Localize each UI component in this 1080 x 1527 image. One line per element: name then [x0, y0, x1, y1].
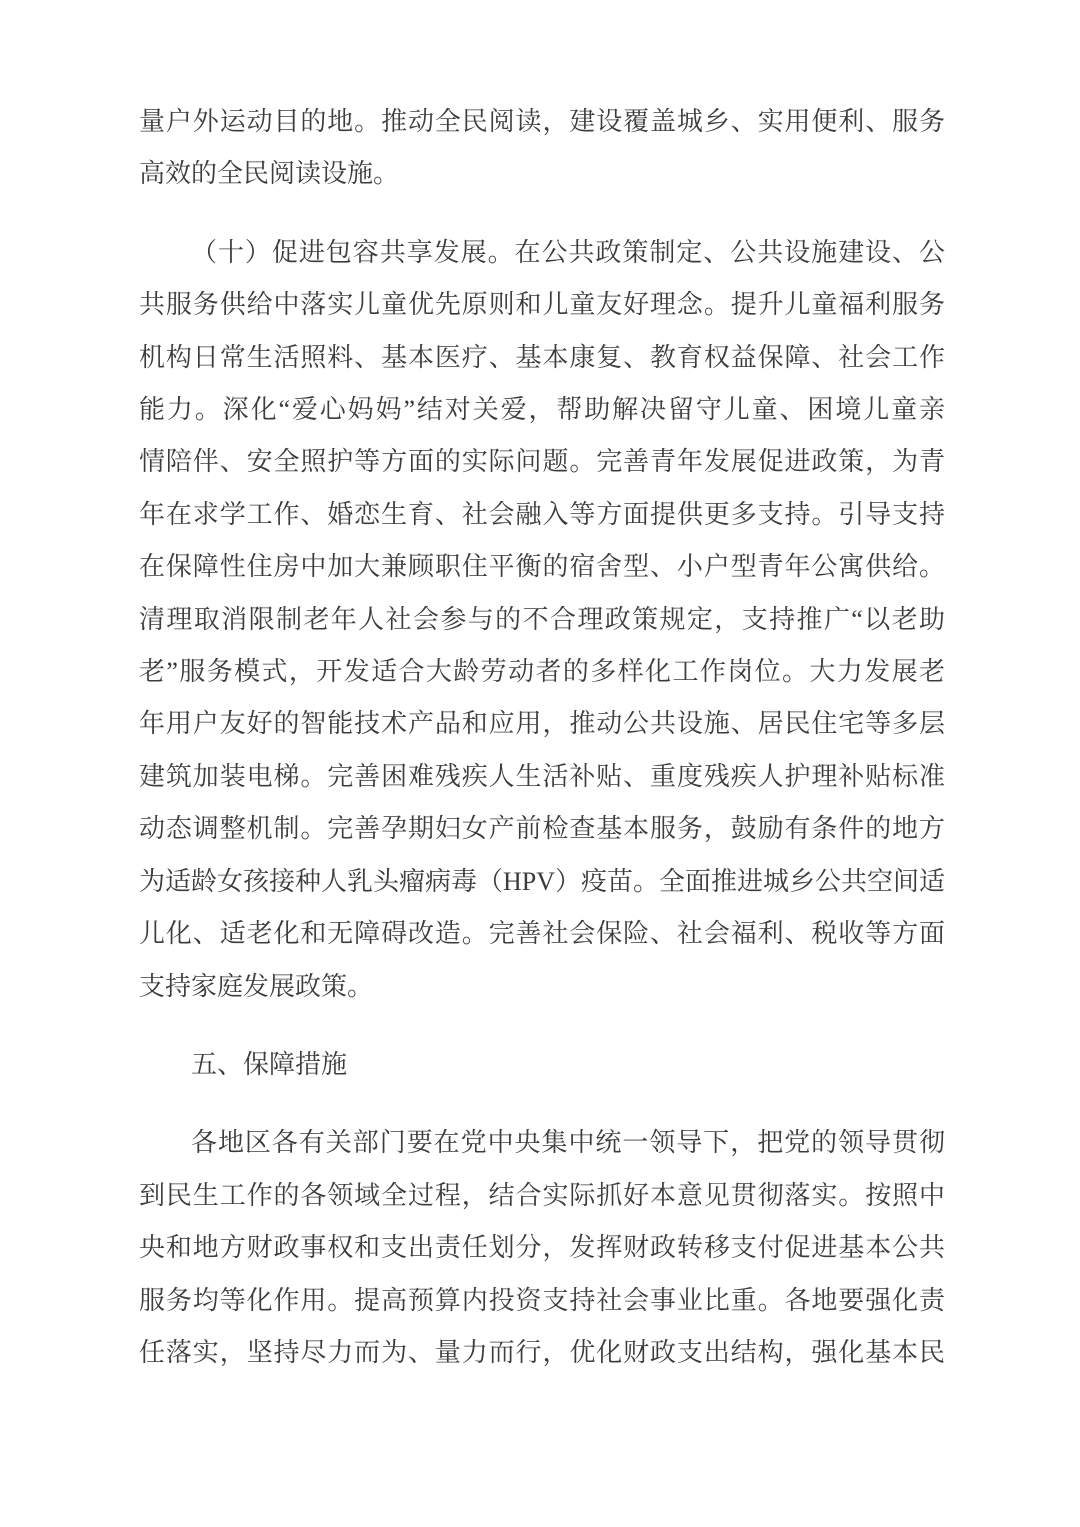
text-line: 动态调整机制。完善孕期妇女产前检查基本服务，鼓励有条件的地方 [139, 803, 945, 855]
text-line: 量户外运动目的地。推动全民阅读，建设覆盖城乡、实用便利、服务 [139, 96, 945, 148]
text-line: 支持家庭发展政策。 [139, 961, 945, 1013]
text-line: 共服务供给中落实儿童优先原则和儿童友好理念。提升儿童福利服务 [139, 279, 945, 331]
text-line: 为适龄女孩接种人乳头瘤病毒（HPV）疫苗。全面推进城乡公共空间适 [139, 856, 945, 908]
text-line: 到民生工作的各领域全过程，结合实际抓好本意见贯彻落实。按照中 [139, 1170, 945, 1222]
text-line: 服务均等化作用。提高预算内投资支持社会事业比重。各地要强化责 [139, 1275, 945, 1327]
text-line: 央和地方财政事权和支出责任划分，发挥财政转移支付促进基本公共 [139, 1222, 945, 1274]
section-heading: 五、保障措施 [139, 1039, 945, 1091]
text-line: 年用户友好的智能技术产品和应用，推动公共设施、居民住宅等多层 [139, 698, 945, 750]
text-line: 高效的全民阅读设施。 [139, 148, 945, 200]
text-line: 机构日常生活照料、基本医疗、基本康复、教育权益保障、社会工作 [139, 332, 945, 384]
paragraph: 各地区各有关部门要在党中央集中统一领导下，把党的领导贯彻到民生工作的各领域全过程… [139, 1117, 945, 1379]
text-line: 各地区各有关部门要在党中央集中统一领导下，把党的领导贯彻 [139, 1117, 945, 1169]
text-line: 在保障性住房中加大兼顾职住平衡的宿舍型、小户型青年公寓供给。 [139, 541, 945, 593]
heading-text-line: 五、保障措施 [139, 1039, 945, 1091]
text-line: （十）促进包容共享发展。在公共政策制定、公共设施建设、公 [139, 227, 945, 279]
text-line: 任落实，坚持尽力而为、量力而行，优化财政支出结构，强化基本民 [139, 1327, 945, 1379]
text-line: 建筑加装电梯。完善困难残疾人生活补贴、重度残疾人护理补贴标准 [139, 751, 945, 803]
text-line: 老”服务模式，开发适合大龄劳动者的多样化工作岗位。大力发展老 [139, 646, 945, 698]
text-line: 儿化、适老化和无障碍改造。完善社会保险、社会福利、税收等方面 [139, 908, 945, 960]
text-line: 清理取消限制老年人社会参与的不合理政策规定，支持推广“以老助 [139, 594, 945, 646]
paragraph: 量户外运动目的地。推动全民阅读，建设覆盖城乡、实用便利、服务高效的全民阅读设施。 [139, 96, 945, 201]
text-line: 情陪伴、安全照护等方面的实际问题。完善青年发展促进政策，为青 [139, 436, 945, 488]
paragraph: （十）促进包容共享发展。在公共政策制定、公共设施建设、公共服务供给中落实儿童优先… [139, 227, 945, 1013]
text-line: 能力。深化“爱心妈妈”结对关爱，帮助解决留守儿童、困境儿童亲 [139, 384, 945, 436]
text-line: 年在求学工作、婚恋生育、社会融入等方面提供更多支持。引导支持 [139, 489, 945, 541]
document-page: 量户外运动目的地。推动全民阅读，建设覆盖城乡、实用便利、服务高效的全民阅读设施。… [0, 0, 1080, 1527]
